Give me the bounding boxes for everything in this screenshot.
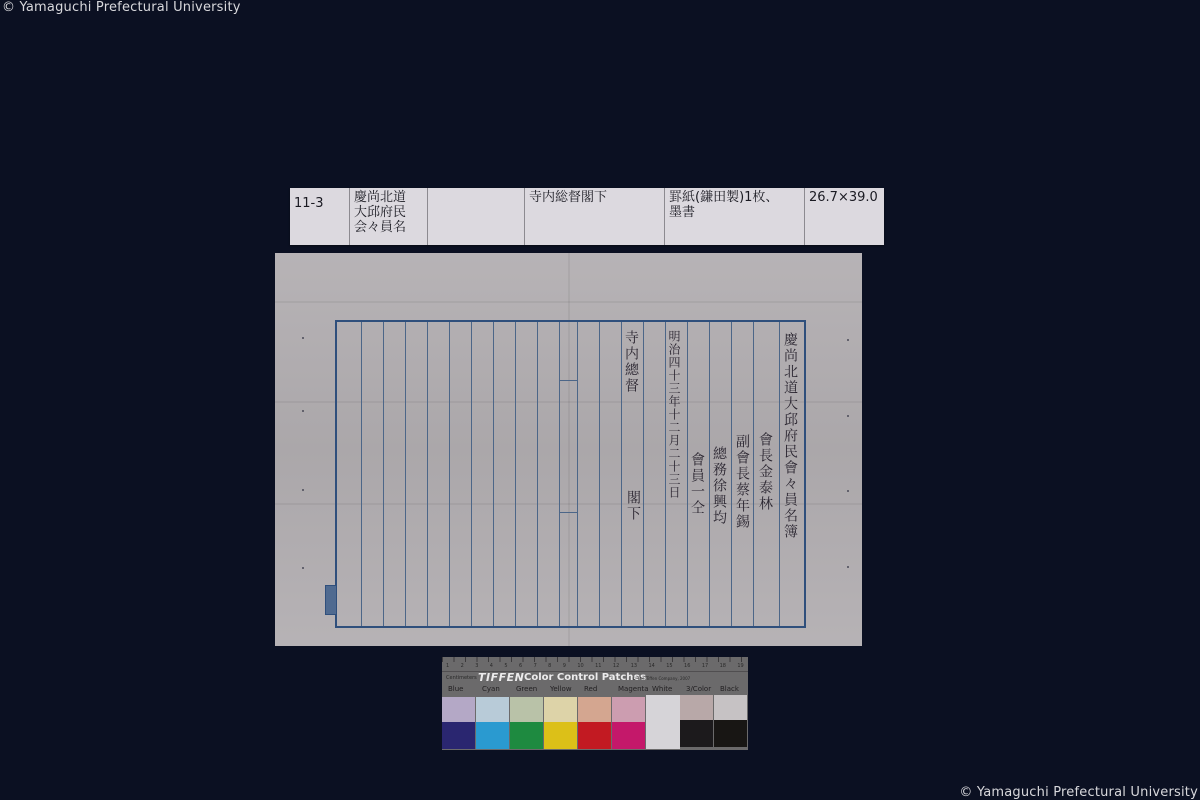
catalog-id: 11-3: [290, 188, 350, 245]
ruler-numbers: 12345678910111213141516171819: [446, 663, 744, 669]
column-rule: [643, 322, 644, 626]
center-notch: [559, 512, 577, 513]
chart-title: Color Control Patches: [524, 672, 646, 683]
center-notch: [559, 380, 577, 381]
ruler-number: 7: [534, 663, 537, 669]
ruler-number: 17: [702, 663, 708, 669]
patch-label: 3/Color: [686, 685, 711, 693]
ruler-number: 10: [577, 663, 583, 669]
patch-label: Yellow: [550, 685, 572, 693]
copyright-notice-top: © Yamaguchi Prefectural University: [2, 0, 241, 15]
ruled-frame: 慶尚北道大邱府民會々員名簿 會長金泰林 副會長蔡年錫 總務徐興均 會員一仝 明治…: [335, 320, 806, 628]
column-rule: [405, 322, 406, 626]
ruler: 12345678910111213141516171819: [442, 657, 748, 672]
column-rule: [709, 322, 710, 626]
color-patch-light: [680, 695, 713, 720]
brand-logo: TIFFEN: [478, 671, 524, 684]
color-patch-light: [714, 695, 747, 720]
addressee-line: 寺内總督: [624, 330, 638, 394]
column-rule: [665, 322, 666, 626]
column-rule: [599, 322, 600, 626]
honorific-line: 閣下: [626, 490, 640, 522]
ruler-number: 6: [519, 663, 522, 669]
patch-label: Magenta: [618, 685, 649, 693]
catalog-material: 罫紙(鎌田製)1枚、 墨書: [665, 188, 805, 245]
patch-label: Red: [584, 685, 597, 693]
maker-stamp: [325, 585, 337, 615]
pinhole: [847, 339, 849, 341]
color-patch-dark: [612, 722, 645, 749]
patch-labels: BlueCyanGreenYellowRedMagentaWhite3/Colo…: [442, 685, 748, 695]
catalog-title: 慶尚北道 大邱府民 会々員名: [350, 188, 428, 245]
ruler-number: 16: [684, 663, 690, 669]
color-patch-dark: [544, 722, 577, 749]
date-line: 明治四十三年十二月二十三日: [668, 330, 680, 499]
color-patch-dark: [714, 720, 747, 747]
copyright-notice-bottom: © Yamaguchi Prefectural University: [959, 785, 1198, 800]
color-patch-dark: [510, 722, 543, 749]
column-rule: [621, 322, 622, 626]
pinhole: [847, 490, 849, 492]
document-heading: 慶尚北道大邱府民會々員名簿: [783, 332, 797, 540]
pinhole: [302, 489, 304, 491]
color-patch-light: [578, 697, 611, 722]
color-patch-light: [544, 697, 577, 722]
column-rule: [383, 322, 384, 626]
color-patch-light: [476, 697, 509, 722]
pinhole: [302, 567, 304, 569]
pinhole: [847, 566, 849, 568]
column-rule: [731, 322, 732, 626]
column-rule: [559, 322, 560, 626]
catalog-blank-cell: [428, 188, 525, 245]
ruler-number: 15: [666, 663, 672, 669]
ruler-number: 12: [613, 663, 619, 669]
column-rule: [471, 322, 472, 626]
ruler-number: 4: [490, 663, 493, 669]
pinhole: [302, 410, 304, 412]
patch-label: Green: [516, 685, 537, 693]
ruler-number: 14: [648, 663, 654, 669]
color-patch-light: [612, 697, 645, 722]
color-patch-light: [442, 697, 475, 722]
catalog-label: 11-3 慶尚北道 大邱府民 会々員名 寺内総督閣下 罫紙(鎌田製)1枚、 墨書…: [290, 188, 884, 245]
patch-label: Black: [720, 685, 739, 693]
color-patch-dark: [442, 722, 475, 749]
ruler-number: 2: [461, 663, 464, 669]
ruler-number: 19: [737, 663, 743, 669]
column-rule: [493, 322, 494, 626]
catalog-addressee: 寺内総督閣下: [525, 188, 665, 245]
column-rule: [687, 322, 688, 626]
units-label: Centimeters: [446, 675, 477, 681]
column-rule: [753, 322, 754, 626]
vice-president-line: 副會長蔡年錫: [735, 434, 749, 530]
catalog-size: 26.7×39.0: [805, 188, 884, 245]
ruler-number: 8: [548, 663, 551, 669]
ruler-number: 5: [504, 663, 507, 669]
color-control-chart: 12345678910111213141516171819 Centimeter…: [442, 657, 748, 750]
chart-copyright: © The Tiffen Company, 2007: [632, 676, 690, 681]
color-patch-dark: [578, 722, 611, 749]
ruler-number: 1: [446, 663, 449, 669]
members-line: 會員一仝: [690, 452, 704, 516]
president-line: 會長金泰林: [758, 432, 772, 512]
color-patch-light: [510, 697, 543, 722]
ruler-number: 11: [595, 663, 601, 669]
patch-label: Blue: [448, 685, 464, 693]
column-rule: [779, 322, 780, 626]
column-rule: [537, 322, 538, 626]
center-fold-rule: [577, 322, 578, 626]
column-rule: [515, 322, 516, 626]
pinhole: [302, 337, 304, 339]
color-patch-dark: [680, 720, 713, 747]
general-affairs-line: 總務徐興均: [712, 446, 726, 526]
patch-label: Cyan: [482, 685, 500, 693]
ruler-number: 13: [631, 663, 637, 669]
column-rule: [361, 322, 362, 626]
column-rule: [427, 322, 428, 626]
patch-label: White: [652, 685, 672, 693]
ruler-number: 9: [563, 663, 566, 669]
ruler-number: 18: [720, 663, 726, 669]
pinhole: [847, 415, 849, 417]
ruler-number: 3: [475, 663, 478, 669]
document-paper: 慶尚北道大邱府民會々員名簿 會長金泰林 副會長蔡年錫 總務徐興均 會員一仝 明治…: [275, 253, 862, 646]
column-rule: [449, 322, 450, 626]
color-patch-dark: [476, 722, 509, 749]
color-patch-white: [646, 695, 680, 749]
